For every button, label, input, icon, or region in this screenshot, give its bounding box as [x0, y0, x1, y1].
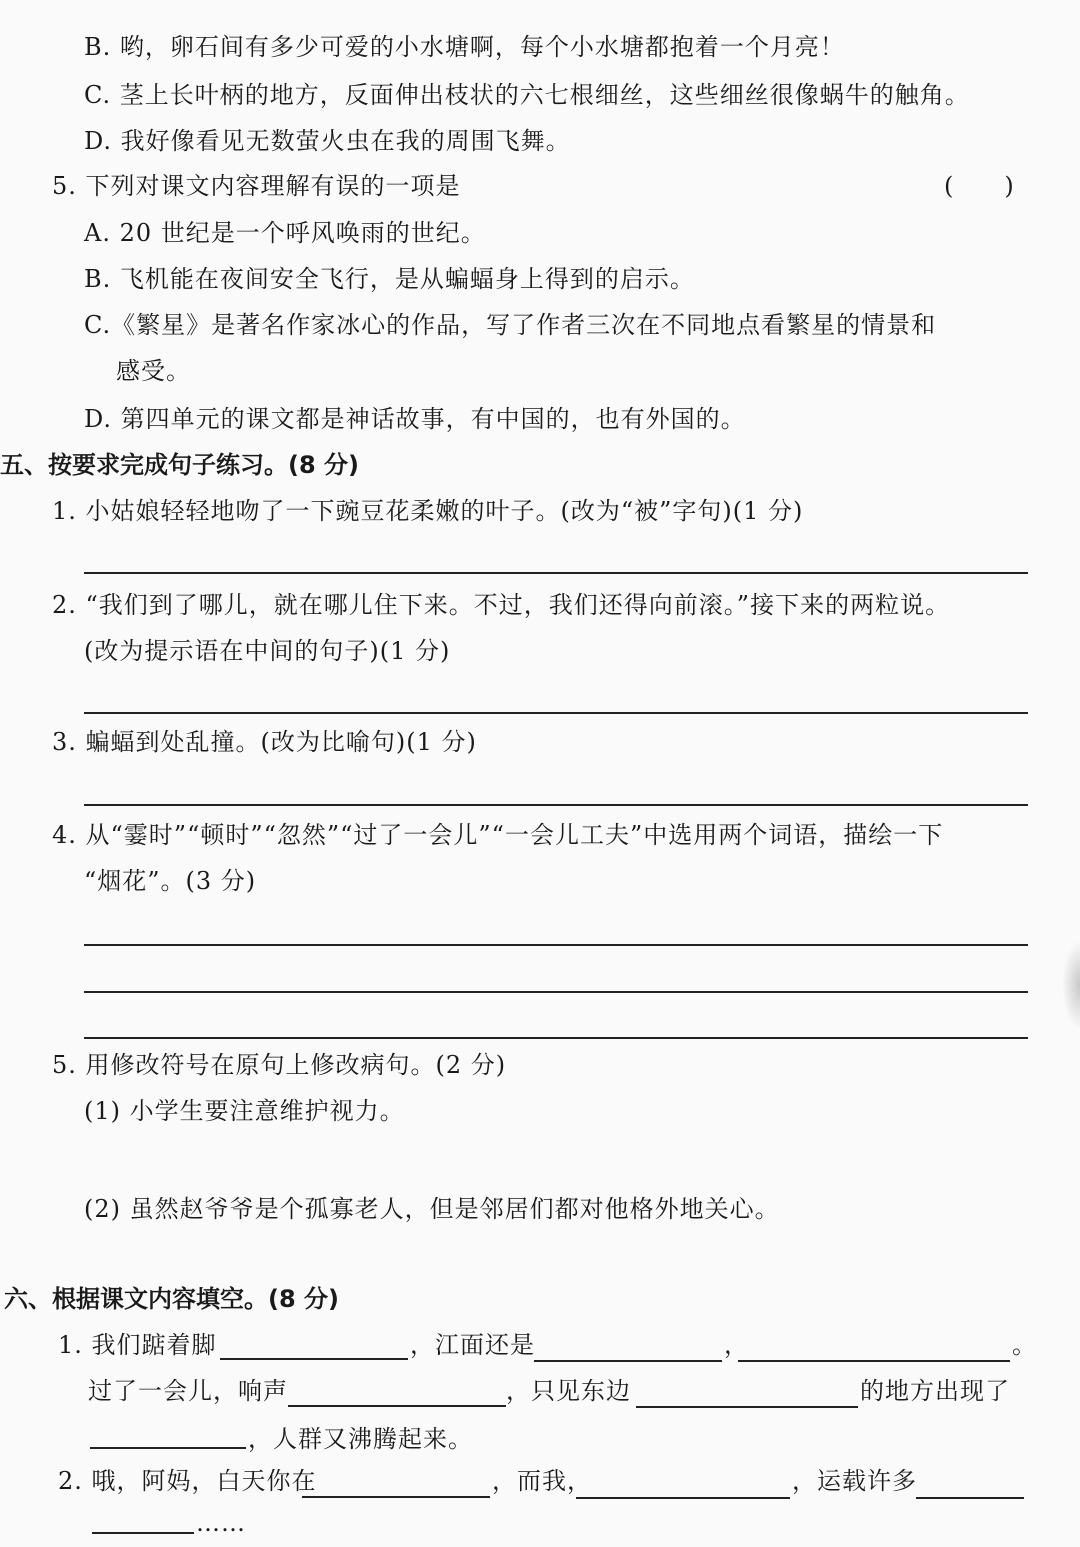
blank-line[interactable]	[90, 1447, 246, 1449]
blank-line[interactable]	[916, 1497, 1024, 1499]
s6-q2-d: ……	[196, 1508, 246, 1538]
blank-line[interactable]	[220, 1358, 408, 1360]
s6-q2-a: 2. 哦，阿妈，白天你在	[58, 1466, 317, 1496]
blank-line[interactable]	[534, 1360, 722, 1362]
s6-q1-d: 。	[1012, 1330, 1037, 1360]
blank-line[interactable]	[92, 1532, 194, 1534]
q4-option-b: B. 哟，卵石间有多少可爱的小水塘啊，每个小水塘都抱着一个月亮！	[84, 32, 845, 62]
answer-line[interactable]	[84, 1037, 1028, 1039]
s6-q1-b: ，江面还是	[410, 1330, 535, 1360]
answer-line[interactable]	[84, 804, 1028, 806]
s6-q1-f: ，只见东边	[506, 1376, 631, 1406]
s5-q2: 2. “我们到了哪儿，就在哪儿住下来。不过，我们还得向前滚。”接下来的两粒说。	[52, 590, 950, 620]
answer-line[interactable]	[84, 712, 1028, 714]
answer-line[interactable]	[84, 944, 1028, 946]
s5-q4-cont: “烟花”。(3 分)	[84, 866, 256, 896]
s5-q5-1: (1) 小学生要注意维护视力。	[84, 1096, 405, 1126]
s5-q5: 5. 用修改符号在原句上修改病句。(2 分)	[52, 1050, 506, 1080]
s5-q3: 3. 蝙蝠到处乱撞。(改为比喻句)(1 分)	[52, 727, 477, 757]
s5-q1: 1. 小姑娘轻轻地吻了一下豌豆花柔嫩的叶子。(改为“被”字句)(1 分)	[52, 496, 803, 526]
q5-option-a: A. 20 世纪是一个呼风唤雨的世纪。	[84, 218, 486, 248]
blank-line[interactable]	[302, 1496, 490, 1498]
blank-line[interactable]	[576, 1497, 790, 1499]
answer-line[interactable]	[84, 991, 1028, 993]
s5-q5-2: (2) 虽然赵爷爷是个孤寡老人，但是邻居们都对他格外地关心。	[84, 1194, 780, 1224]
q5-option-d: D. 第四单元的课文都是神话故事，有中国的，也有外国的。	[84, 404, 746, 434]
q4-option-d: D. 我好像看见无数萤火虫在我的周围飞舞。	[84, 126, 571, 156]
s6-q1-c: ，	[724, 1330, 749, 1360]
blank-line[interactable]	[738, 1360, 1010, 1362]
q5-option-b: B. 飞机能在夜间安全飞行，是从蝙蝠身上得到的启示。	[84, 264, 695, 294]
q5-stem: 5. 下列对课文内容理解有误的一项是	[52, 171, 461, 201]
s6-q1-h: ，人群又沸腾起来。	[248, 1424, 473, 1454]
q4-option-c: C. 茎上长叶柄的地方，反面伸出枝状的六七根细丝，这些细丝很像蜗牛的触角。	[84, 80, 970, 110]
s6-q1-g: 的地方出现了	[860, 1376, 1010, 1406]
blank-line[interactable]	[288, 1405, 506, 1407]
q5-option-c: C.《繁星》是著名作家冰心的作品，写了作者三次在不同地点看繁星的情景和	[84, 310, 936, 340]
s6-q1-e: 过了一会儿，响声	[88, 1376, 288, 1406]
blank-line[interactable]	[636, 1406, 858, 1408]
s5-q2-cont: (改为提示语在中间的句子)(1 分)	[84, 636, 450, 666]
q5-option-c-cont: 感受。	[116, 356, 191, 386]
answer-bracket[interactable]: ( )	[944, 171, 1015, 201]
answer-line[interactable]	[84, 572, 1028, 574]
s6-q1-a: 1. 我们踮着脚	[58, 1330, 217, 1360]
section-5-title: 五、按要求完成句子练习。(8 分)	[0, 450, 359, 480]
s5-q4: 4. 从“霎时”“顿时”“忽然”“过了一会儿”“一会儿工夫”中选用两个词语，描绘…	[52, 820, 943, 850]
scan-smudge	[1062, 940, 1080, 1030]
s6-q2-c: ，运载许多	[792, 1466, 917, 1496]
s6-q2-b: ，而我，	[492, 1466, 592, 1496]
section-6-title: 六、根据课文内容填空。(8 分)	[4, 1284, 339, 1314]
